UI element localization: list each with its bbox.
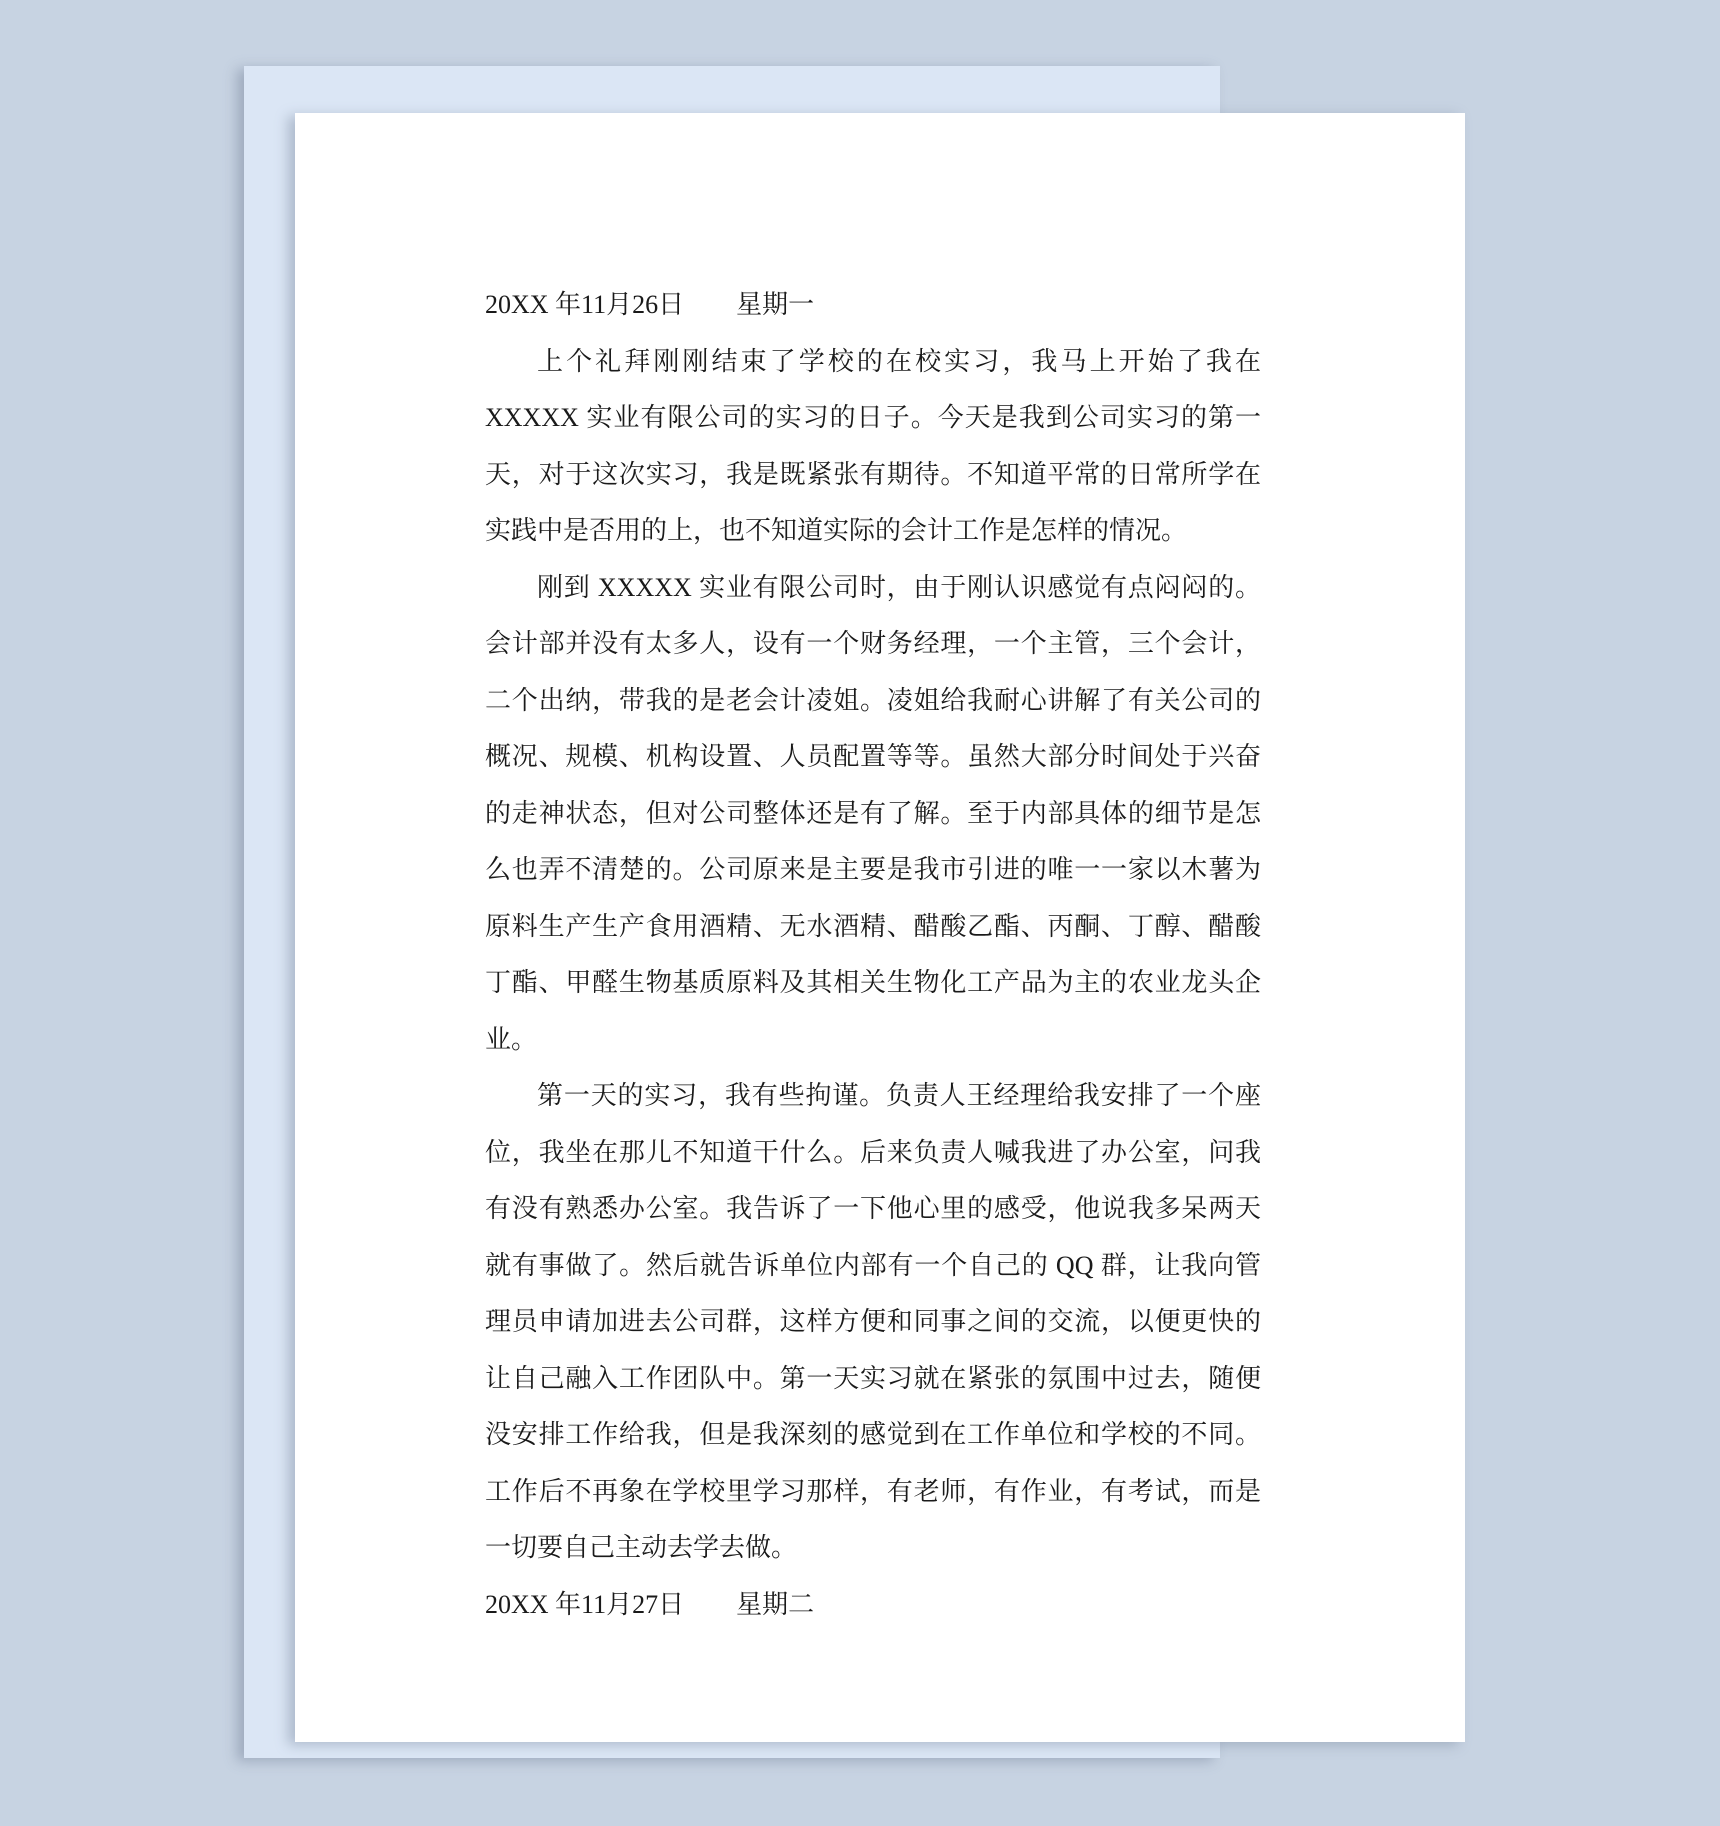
diary-paragraph: 刚到 XXXXX 实业有限公司时，由于刚认识感觉有点闷闷的。会计部并没有太多人，…: [485, 560, 1261, 1069]
document-content: 20XX 年11月26日 星期一 上个礼拜刚刚结束了学校的在校实习，我马上开始了…: [485, 277, 1261, 1633]
diary-paragraph: 第一天的实习，我有些拘谨。负责人王经理给我安排了一个座位，我坐在那儿不知道干什么…: [485, 1068, 1261, 1577]
desktop-background: { "colors": { "desktop_bg": "#c7d3e2", "…: [0, 0, 1720, 1826]
diary-date-heading: 20XX 年11月26日 星期一: [485, 277, 1261, 334]
document-page: 20XX 年11月26日 星期一 上个礼拜刚刚结束了学校的在校实习，我马上开始了…: [295, 113, 1465, 1742]
diary-date-heading: 20XX 年11月27日 星期二: [485, 1577, 1261, 1634]
diary-paragraph: 上个礼拜刚刚结束了学校的在校实习，我马上开始了我在 XXXXX 实业有限公司的实…: [485, 334, 1261, 560]
